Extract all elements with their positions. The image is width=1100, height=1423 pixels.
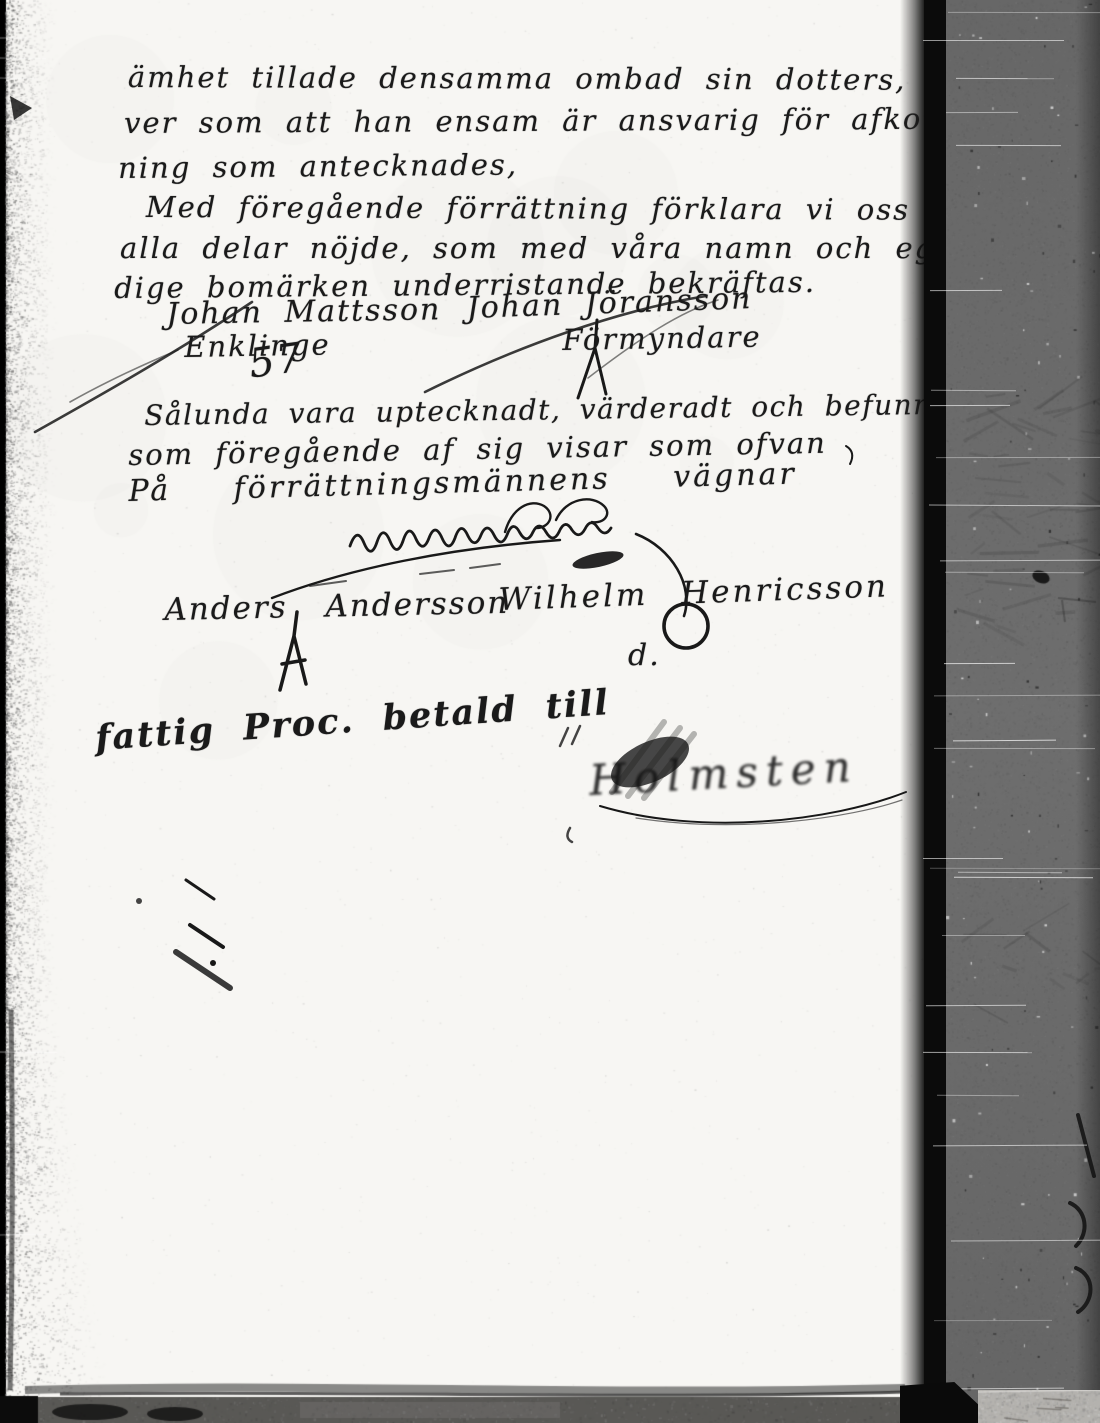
handwritten-line: Med föregående förrättning förklara vi o… <box>146 190 943 227</box>
signature-name: Anders Andersson <box>164 585 510 628</box>
adjacent-page-ink-fragments <box>900 0 1100 1423</box>
document-scan: ämhet tillade densamma ombad sin dotters… <box>0 0 1100 1423</box>
signature-name: Johan Mattsson <box>166 292 442 332</box>
signature-role: Förmyndare <box>562 320 762 357</box>
handwritten-line: alla delar nöjde, som med våra namn och … <box>120 231 1036 265</box>
book-edge-panel <box>900 0 1100 1423</box>
handwritten-line: ämhet tillade densamma ombad sin dotters… <box>128 60 960 97</box>
handwritten-line: ning som antecknades, <box>118 148 518 185</box>
handwritten-line: ver som att han ensam är ansvarig för af… <box>124 102 952 140</box>
bomarke-text-mark: d. <box>628 638 661 673</box>
bomarke-text-mark: 57 <box>246 334 307 387</box>
table-surface-canvas <box>978 1390 1100 1423</box>
